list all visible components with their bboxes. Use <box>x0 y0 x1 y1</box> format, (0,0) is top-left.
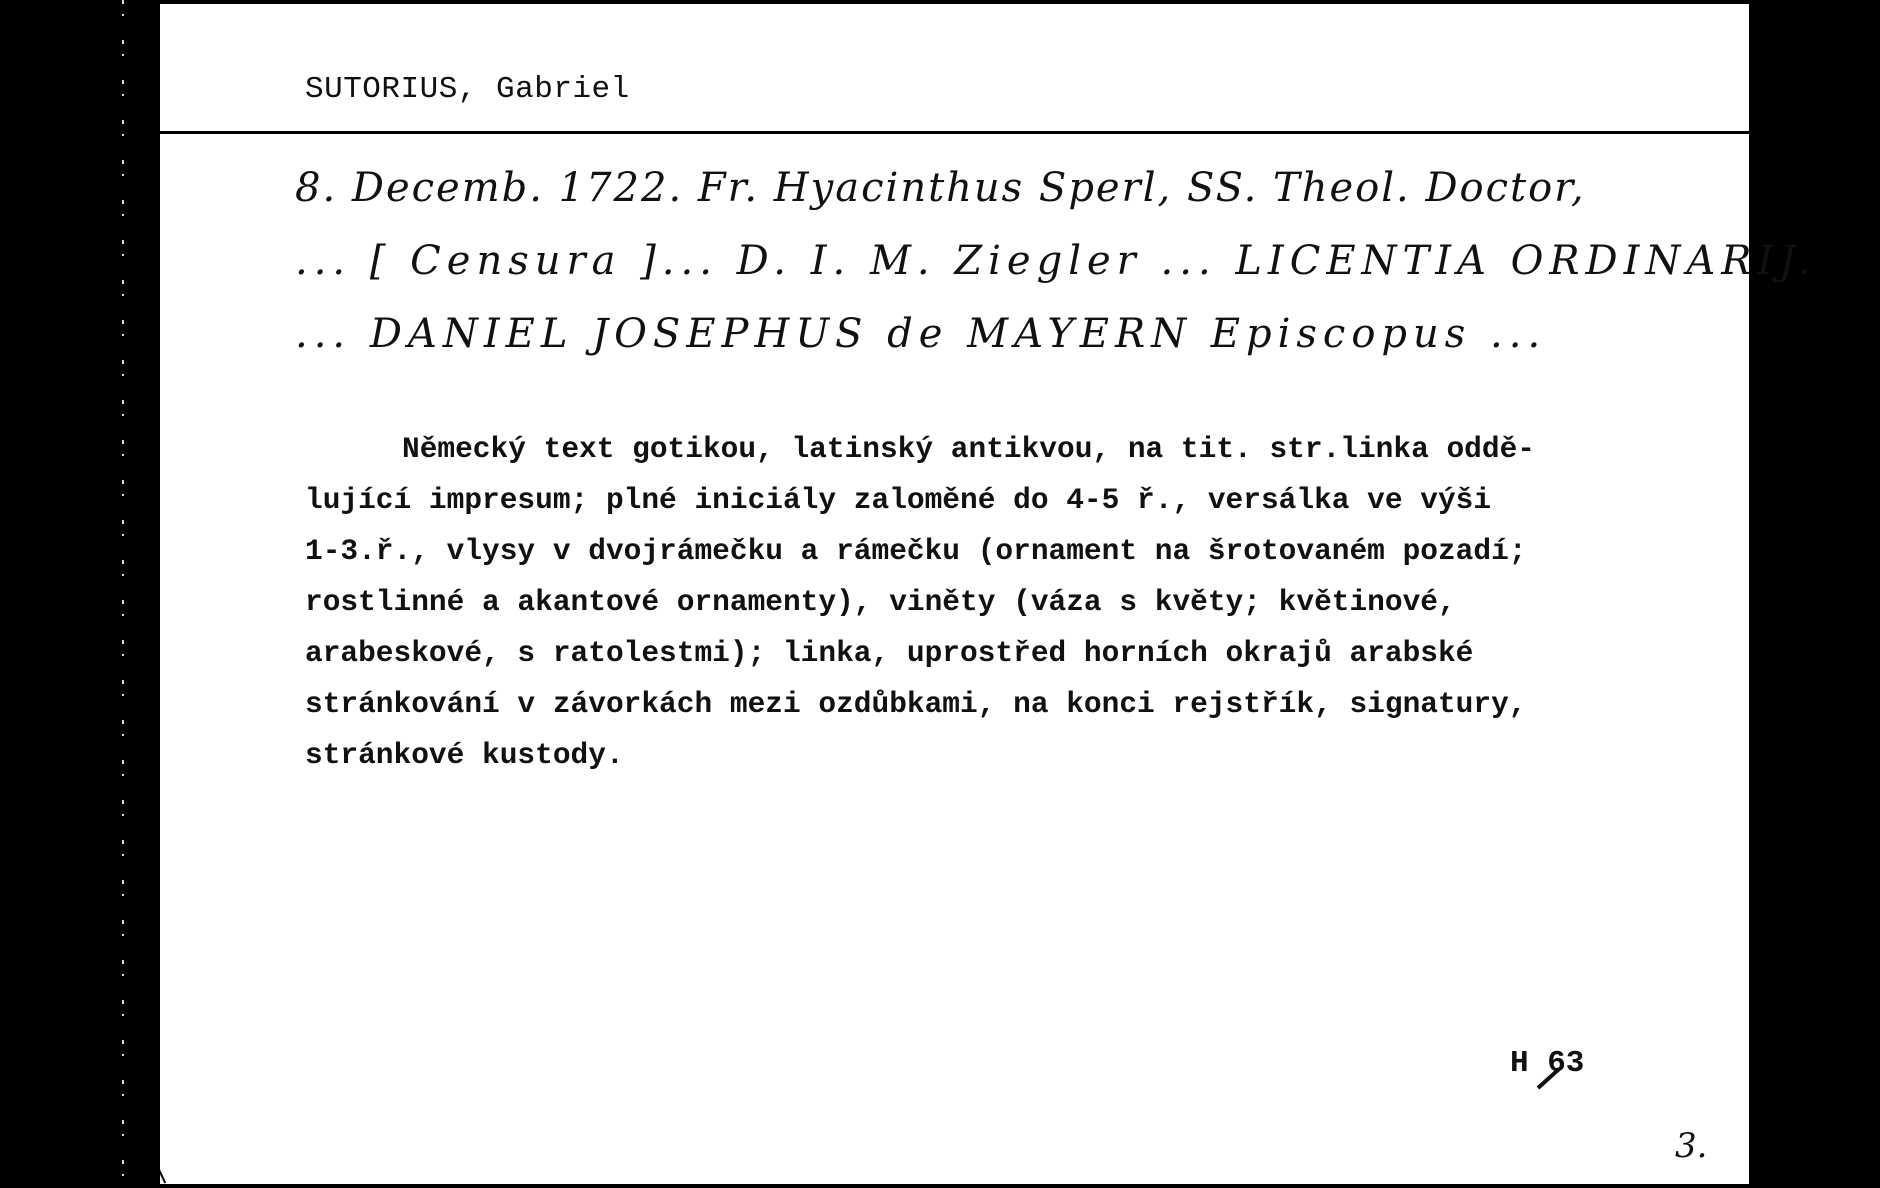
catalog-card: SUTORIUS, Gabriel 8. Decemb. 1722. Fr. H… <box>160 4 1749 1184</box>
card-header: SUTORIUS, Gabriel <box>160 4 1749 131</box>
corner-tear-mark <box>156 1165 166 1184</box>
description-line: rostlinné a akantové ornamenty), viněty … <box>305 577 1685 628</box>
description-line: 1-3.ř., vlysy v dvojrámečku a rámečku (o… <box>305 526 1685 577</box>
header-divider <box>160 131 1749 134</box>
description-line: arabeskové, s ratolestmi); linka, uprost… <box>305 628 1685 679</box>
scan-edge-artifact <box>122 0 124 1188</box>
description-line: stránkové kustody. <box>305 730 1685 781</box>
description-line: Německý text gotikou, latinský antikvou,… <box>305 424 1685 475</box>
card-number: 3. <box>1675 1126 1707 1166</box>
typed-description: Německý text gotikou, latinský antikvou,… <box>305 424 1685 781</box>
description-line: lující impresum; plné iniciály zaloměné … <box>305 475 1685 526</box>
author-name: SUTORIUS, Gabriel <box>305 72 630 107</box>
handwritten-line: ... [ Censura ]... D. I. M. Ziegler ... … <box>295 225 1715 298</box>
handwritten-line: 8. Decemb. 1722. Fr. Hyacinthus Sperl, S… <box>295 152 1715 225</box>
description-line: stránkování v závorkách mezi ozdůbkami, … <box>305 679 1685 730</box>
handwritten-transcription: 8. Decemb. 1722. Fr. Hyacinthus Sperl, S… <box>295 152 1715 371</box>
handwritten-line: ... DANIEL JOSEPHUS de MAYERN Episcopus … <box>295 298 1715 371</box>
